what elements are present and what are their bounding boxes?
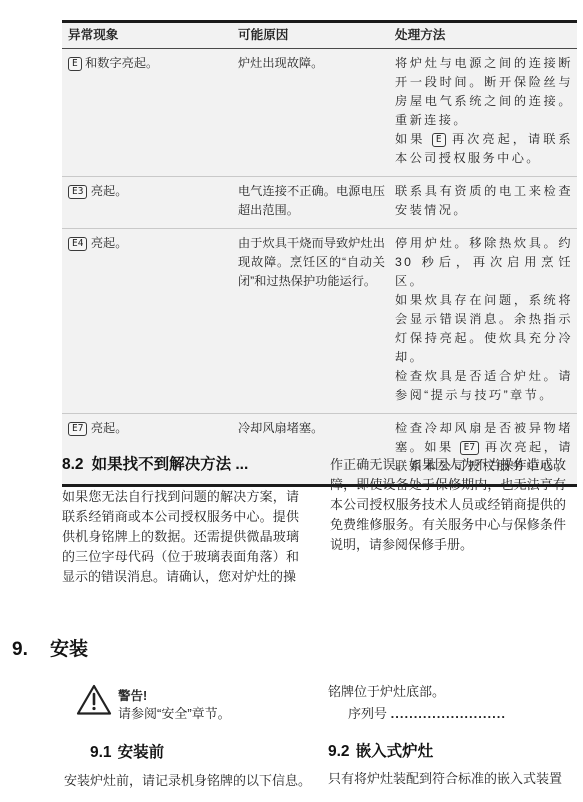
warning-triangle-icon (76, 684, 112, 716)
error-code-chip: E (68, 57, 82, 71)
cause-cell: 电气连接不正确。电源电压超出范围。 (232, 177, 389, 228)
column-header-remedy: 处理方法 (389, 27, 577, 43)
remedy-cell: 联系具有资质的电工来检查安装情况。 (389, 177, 577, 228)
section-8-2-heading: 8.2如果找不到解决方法 ... (62, 452, 299, 474)
table-row: E 和数字亮起。炉灶出现故障。将炉灶与电源之间的连接断开一段时间。断开保险丝与房… (62, 49, 577, 176)
remedy-cell: 将炉灶与电源之间的连接断开一段时间。断开保险丝与房屋电气系统之间的连接。重新连接… (389, 49, 577, 176)
section-number: 9.2 (328, 743, 350, 760)
column-header-symptom: 异常现象 (62, 27, 232, 43)
table-row: E4 亮起。由于炊具干烧而导致炉灶出现故障。烹饪区的“自动关闭”和过热保护功能运… (62, 228, 577, 413)
section-8-2-right-column: 作正确无误。如果因人为不当操作造成故障，即使设备处于保修期内，也无法享有本公司授… (330, 452, 566, 587)
section-8-2-left-paragraph: 如果您无法自行找到问题的解决方案，请联系经销商或本公司授权服务中心。提供供机身铭… (62, 487, 299, 587)
section-title: 安装 (50, 639, 88, 660)
symptom-cell: E 和数字亮起。 (62, 49, 232, 176)
warning-text: 请参阅“安全”章节。 (118, 703, 231, 722)
table-header-row: 异常现象 可能原因 处理方法 (62, 23, 577, 49)
section-8-2: 8.2如果找不到解决方法 ... 如果您无法自行找到问题的解决方案，请联系经销商… (62, 452, 566, 587)
section-number: 8.2 (62, 456, 84, 473)
section-9-1-body: 安装炉灶前，请记录机身铭牌的以下信息。 (64, 770, 311, 789)
serial-number-label: 序列号 (348, 706, 387, 721)
error-code-chip: E (432, 133, 446, 147)
section-8-2-left-column: 8.2如果找不到解决方法 ... 如果您无法自行找到问题的解决方案，请联系经销商… (62, 452, 299, 587)
error-code-table: 异常现象 可能原因 处理方法 E 和数字亮起。炉灶出现故障。将炉灶与电源之间的连… (62, 20, 577, 487)
serial-number-line: 序列号 ......................... (348, 703, 506, 722)
nameplate-note: 铭牌位于炉灶底部。 (328, 681, 445, 700)
symptom-cell: E4 亮起。 (62, 229, 232, 413)
serial-number-dotted-line: ......................... (391, 706, 506, 721)
error-code-chip: E4 (68, 237, 87, 251)
section-title: 安装前 (118, 744, 165, 761)
section-title: 嵌入式炉灶 (356, 743, 434, 760)
remedy-cell: 停用炉灶。移除热炊具。约 30 秒后，再次启用烹饪区。如果炊具存在问题，系统将会… (389, 229, 577, 413)
error-code-chip: E7 (68, 422, 87, 436)
section-9-2-heading: 9.2嵌入式炉灶 (328, 739, 433, 761)
table-row: E3 亮起。电气连接不正确。电源电压超出范围。联系具有资质的电工来检查安装情况。 (62, 176, 577, 228)
section-9-heading: 9.安装 (12, 634, 88, 661)
error-code-chip: E3 (68, 185, 87, 199)
section-8-2-right-paragraph: 作正确无误。如果因人为不当操作造成故障，即使设备处于保修期内，也无法享有本公司授… (330, 455, 566, 555)
cause-cell: 炉灶出现故障。 (232, 49, 389, 176)
warning-label: 警告! (118, 686, 147, 704)
symptom-cell: E3 亮起。 (62, 177, 232, 228)
section-number: 9. (12, 639, 50, 661)
section-9-2-body: 只有将炉灶装配到符合标准的嵌入式装置 (328, 768, 562, 787)
section-title: 如果找不到解决方法 ... (92, 456, 249, 473)
table-body: E 和数字亮起。炉灶出现故障。将炉灶与电源之间的连接断开一段时间。断开保险丝与房… (62, 49, 577, 484)
section-number: 9.1 (90, 744, 112, 761)
section-9-1-heading: 9.1安装前 (90, 740, 164, 762)
manual-page: 异常现象 可能原因 处理方法 E 和数字亮起。炉灶出现故障。将炉灶与电源之间的连… (0, 0, 583, 802)
column-header-cause: 可能原因 (232, 27, 389, 43)
cause-cell: 由于炊具干烧而导致炉灶出现故障。烹饪区的“自动关闭”和过热保护功能运行。 (232, 229, 389, 413)
